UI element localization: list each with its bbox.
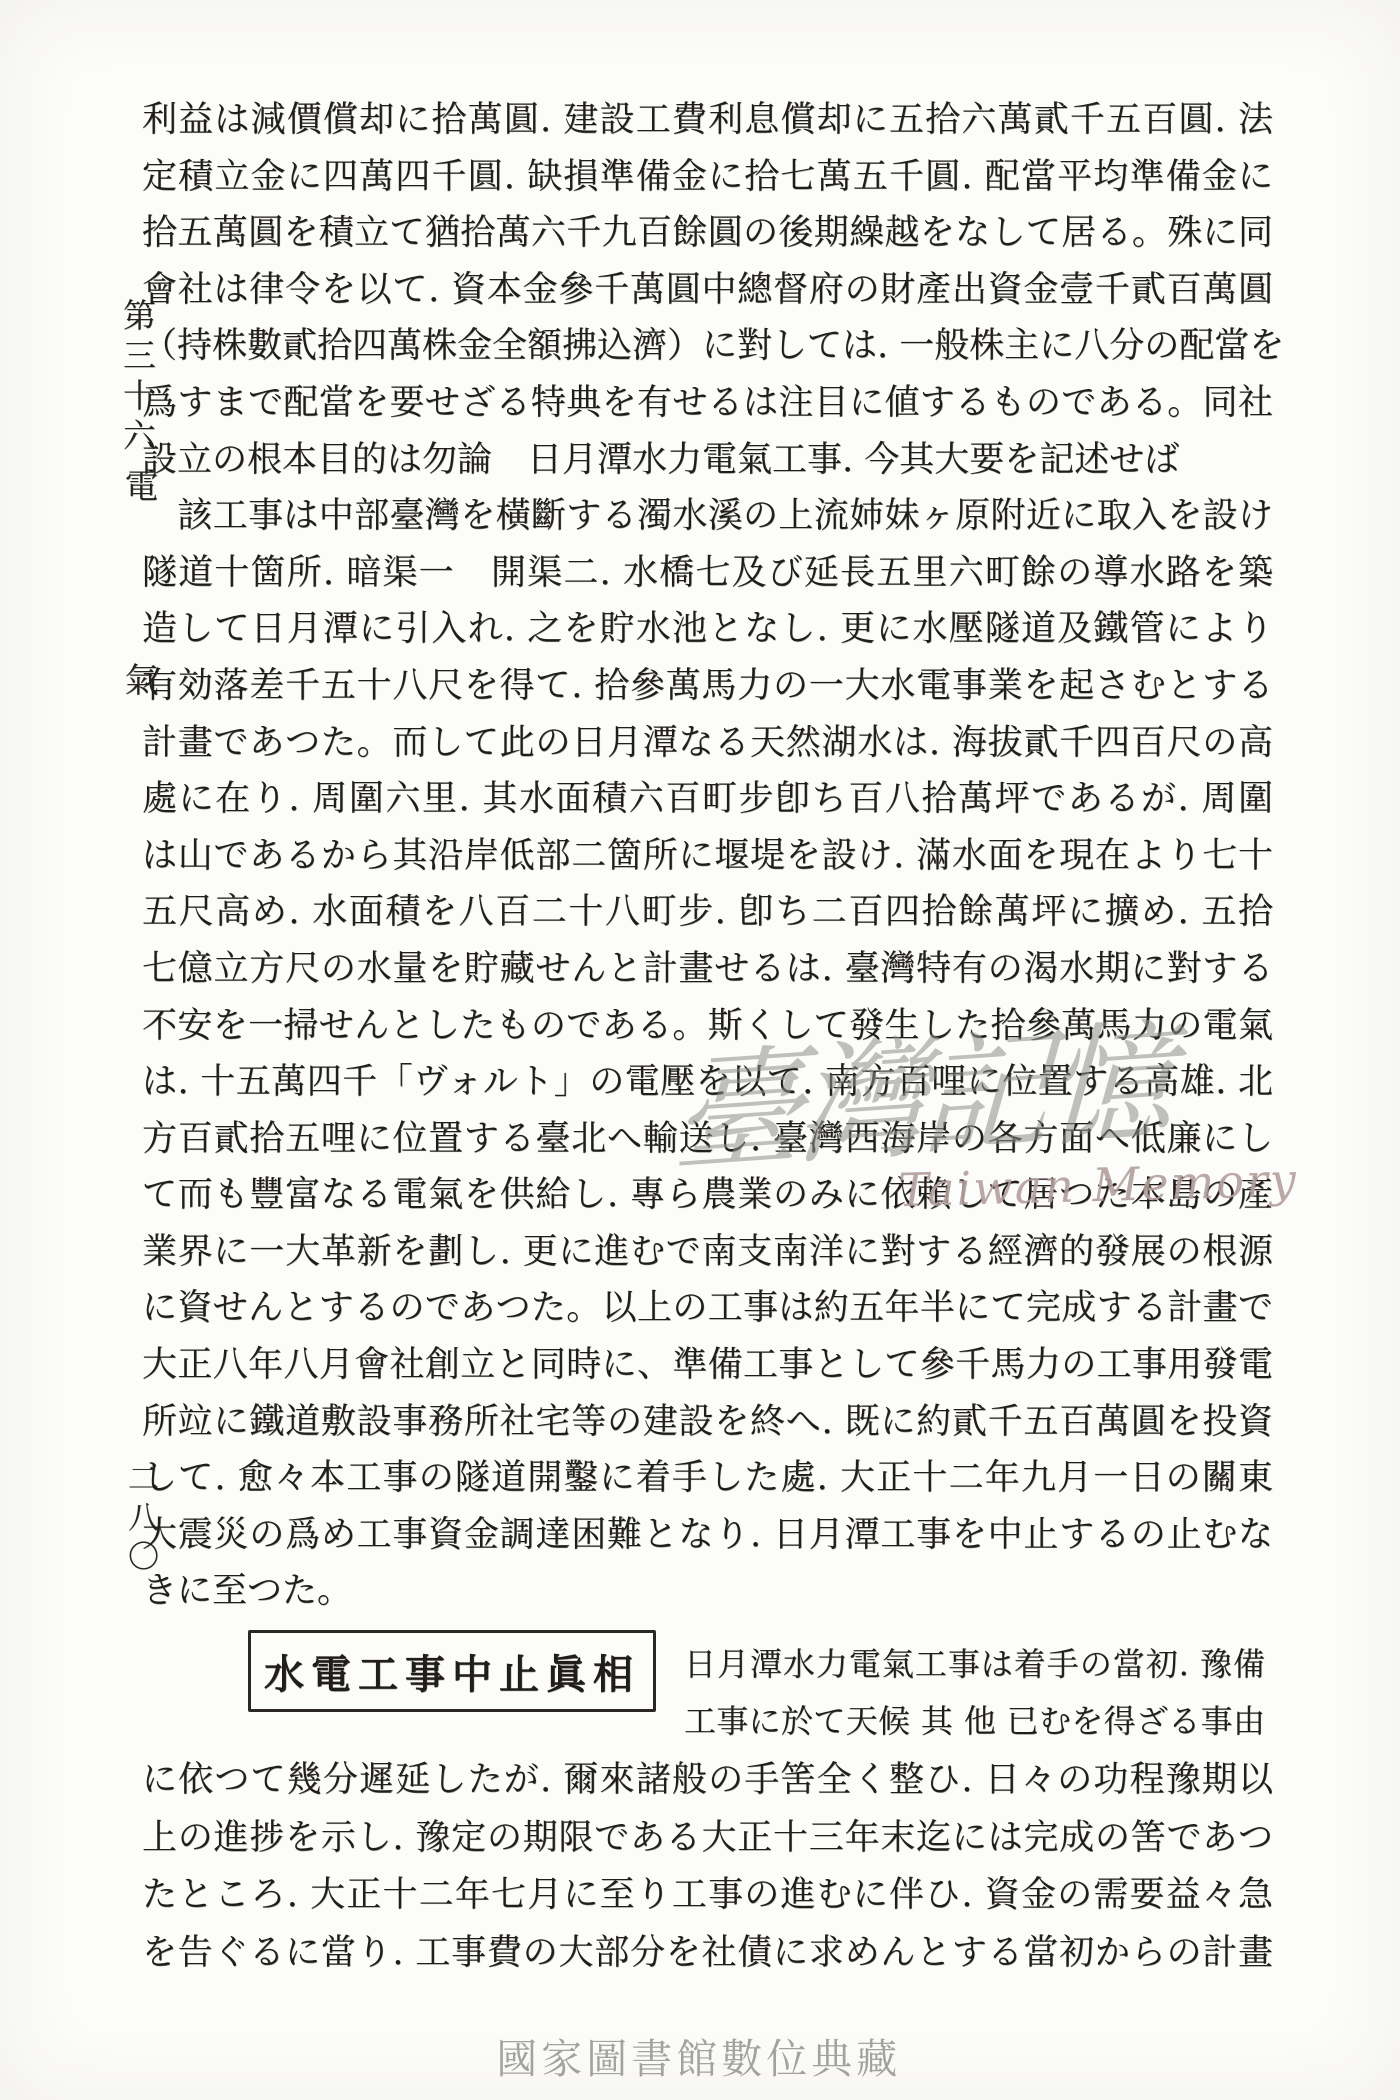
body-line: 定積立金に四萬四千圓. 缺損準備金に拾七萬五千圓. 配當平均準備金に bbox=[142, 149, 1273, 206]
body-line: 所竝に鐵道敷設事務所社宅等の建設を終へ. 既に約貳千五百萬圓を投資 bbox=[142, 1394, 1273, 1451]
section-intro-column: 日月潭水力電氣工事は着手の當初. 豫備工事に於て天候 其 他 已むを得ざる事由 bbox=[684, 1636, 1265, 1750]
body-line: 大震災の爲め工事資金調達困難となり. 日月潭工事を中止するの止むな bbox=[142, 1507, 1273, 1564]
body-line: 業界に一大革新を劃し. 更に進むで南支南洋に對する經濟的發展の根源 bbox=[142, 1224, 1273, 1281]
scanned-document-page: 第三十六 電 氣 二八〇 利益は減價償却に拾萬圓. 建設工費利息償却に五拾六萬貳… bbox=[0, 0, 1400, 2100]
body-line: 不安を一掃せんとしたものである。斯くして發生した拾參萬馬力の電氣 bbox=[142, 998, 1273, 1055]
body-line: 大正八年八月會社創立と同時に、準備工事として參千馬力の工事用發電 bbox=[142, 1337, 1273, 1394]
section-line: を告ぐるに當り. 工事費の大部分を社債に求めんとする當初からの計畫 bbox=[142, 1925, 1273, 1983]
body-line: 拾五萬圓を積立て猶拾萬六千九百餘圓の後期繰越をなして居る。殊に同 bbox=[142, 205, 1273, 262]
body-line: 方百貳拾五哩に位置する臺北へ輸送し. 臺灣西海岸の各方面へ低廉にし bbox=[142, 1111, 1273, 1168]
body-line: 隧道十箇所. 暗渠一 開渠二. 水橋七及び延長五里六町餘の導水路を築 bbox=[142, 545, 1273, 602]
body-line: は山であるから其沿岸低部二箇所に堰堤を設け. 滿水面を現在より七十 bbox=[142, 828, 1273, 885]
body-line: 計畫であつた。而して此の日月潭なる天然湖水は. 海拔貳千四百尺の高 bbox=[142, 715, 1273, 772]
body-line: きに至つた。 bbox=[142, 1563, 1273, 1620]
body-line: 設立の根本目的は勿論 日月潭水力電氣工事. 今其大要を記述せば bbox=[142, 432, 1273, 489]
body-line: 五尺高め. 水面積を八百二十八町步. 卽ち二百四拾餘萬坪に擴め. 五拾 bbox=[142, 884, 1273, 941]
body-line: 造して日月潭に引入れ. 之を貯水池となし. 更に水壓隧道及鐵管により bbox=[142, 601, 1273, 658]
body-line: 利益は減價償却に拾萬圓. 建設工費利息償却に五拾六萬貳千五百圓. 法 bbox=[142, 92, 1273, 149]
section-text-block: に依つて幾分遲延したが. 爾來諸般の手筈全く整ひ. 日々の功程豫期以上の進捗を示… bbox=[142, 1752, 1273, 1982]
archive-footer-label: 國家圖書館數位典藏 bbox=[496, 2026, 901, 2085]
body-line: て而も豐富なる電氣を供給し. 專ら農業のみに依賴して居つた本島の產 bbox=[142, 1167, 1273, 1224]
section-line: に依つて幾分遲延したが. 爾來諸般の手筈全く整ひ. 日々の功程豫期以 bbox=[142, 1752, 1273, 1810]
body-line: 爲すまで配當を要せざる特典を有せるは注目に値するものである。同社 bbox=[142, 375, 1273, 432]
body-line: 該工事は中部臺灣を橫斷する濁水溪の上流姉妹ヶ原附近に取入を設け bbox=[142, 488, 1273, 545]
body-line: は. 十五萬四千「ヴォルト」の電壓を以て. 南方百哩に位置する高雄. 北 bbox=[142, 1054, 1273, 1111]
body-line: 會社は律令を以て. 資本金參千萬圓中總督府の財產出資金壹千貳百萬圓 bbox=[142, 262, 1273, 319]
section-line: 上の進捗を示し. 豫定の期限である大正十三年末迄には完成の筈であつ bbox=[142, 1810, 1273, 1868]
main-text-block: 利益は減價償却に拾萬圓. 建設工費利息償却に五拾六萬貳千五百圓. 法定積立金に四… bbox=[142, 92, 1273, 1620]
body-line: して. 愈々本工事の隧道開鑿に着手した處. 大正十二年九月一日の關東 bbox=[142, 1450, 1273, 1507]
boxed-headline: 水電工事中止眞相 bbox=[248, 1630, 656, 1712]
body-line: 處に在り. 周圍六里. 其水面積六百町步卽ち百八拾萬坪であるが. 周圍 bbox=[142, 771, 1273, 828]
body-line: に資せんとするのであつた。以上の工事は約五年半にて完成する計畫で bbox=[142, 1280, 1273, 1337]
body-line: （持株數貳拾四萬株金全額拂込濟）に對しては. 一般株主に八分の配當を bbox=[142, 318, 1273, 375]
section-intro-line: 工事に於て天候 其 他 已むを得ざる事由 bbox=[684, 1693, 1265, 1750]
section-intro-line: 日月潭水力電氣工事は着手の當初. 豫備 bbox=[684, 1636, 1265, 1693]
body-line: 七億立方尺の水量を貯藏せんと計畫せるは. 臺灣特有の渴水期に對する bbox=[142, 941, 1273, 998]
section-line: たところ. 大正十二年七月に至り工事の進むに伴ひ. 資金の需要益々急 bbox=[142, 1867, 1273, 1925]
body-line: 有効落差千五十八尺を得て. 拾參萬馬力の一大水電事業を起さむとする bbox=[142, 658, 1273, 715]
